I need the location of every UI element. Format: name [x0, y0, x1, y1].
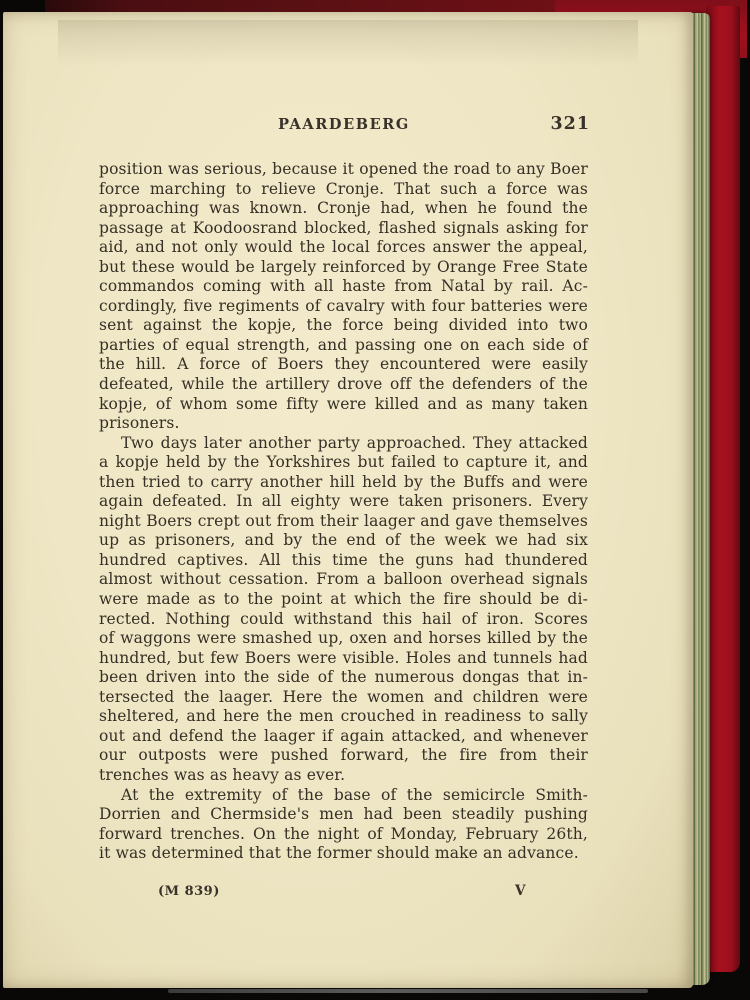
text-line: rected. Nothing could withstand this hai… — [99, 610, 588, 630]
text-line: out and defend the laager if again attac… — [99, 727, 588, 747]
signature-mark: V — [515, 883, 525, 899]
running-header: PAARDEBERG 321 — [98, 116, 590, 138]
text-line: parties of equal strength, and passing o… — [99, 336, 588, 356]
text-line: but these would be largely reinforced by… — [99, 258, 588, 278]
book-page: PAARDEBERG 321 position was serious, bec… — [3, 12, 693, 988]
text-line: hundred captives. All this time the guns… — [99, 551, 588, 571]
text-line: position was serious, because it opened … — [99, 160, 588, 180]
text-line: aid, and not only would the local forces… — [99, 238, 588, 258]
printer-mark: (M 839) — [158, 884, 220, 899]
text-line: up as prisoners, and by the end of the w… — [99, 531, 588, 551]
text-line: sheltered, and here the men crouched in … — [99, 707, 588, 727]
paragraph: Two days later another party approached.… — [99, 434, 588, 786]
page-number: 321 — [550, 114, 590, 134]
text-line: then tried to carry another hill held by… — [99, 473, 588, 493]
text-line: of waggons were smashed up, oxen and hor… — [99, 629, 588, 649]
text-line: defeated, while the artillery drove off … — [99, 375, 588, 395]
scan-background: { "page": { "header": { "title": "PAARDE… — [0, 0, 750, 1000]
page-footer: (M 839) V — [99, 884, 588, 904]
text-line: cordingly, five regiments of cavalry wit… — [99, 297, 588, 317]
page-header-title: PAARDEBERG — [98, 116, 590, 133]
text-line: approaching was known. Cronje had, when … — [99, 199, 588, 219]
text-line: hundred, but few Boers were visible. Hol… — [99, 649, 588, 669]
text-line: trenches was as heavy as ever. — [99, 766, 588, 786]
text-line: been driven into the side of the numerou… — [99, 668, 588, 688]
text-line: our outposts were pushed forward, the fi… — [99, 746, 588, 766]
text-line: Two days later another party approached.… — [99, 434, 588, 454]
text-line: forward trenches. On the night of Monday… — [99, 825, 588, 845]
text-line: again defeated. In all eighty were taken… — [99, 492, 588, 512]
text-line: prisoners. — [99, 414, 588, 434]
text-line: force marching to relieve Cronje. That s… — [99, 180, 588, 200]
text-line: sent against the kopje, the force being … — [99, 316, 588, 336]
text-line: kopje, of whom some fifty were killed an… — [99, 395, 588, 415]
paragraph: At the extremity of the base of the semi… — [99, 786, 588, 864]
text-line: passage at Koodoosrand blocked, flashed … — [99, 219, 588, 239]
text-line: tersected the laager. Here the women and… — [99, 688, 588, 708]
text-line: commandos coming with all haste from Nat… — [99, 277, 588, 297]
text-line: it was determined that the former should… — [99, 844, 588, 864]
scan-shadow — [58, 20, 638, 66]
text-block: position was serious, because it opened … — [99, 160, 588, 864]
text-line: night Boers crept out from their laager … — [99, 512, 588, 532]
book-cover-right-edge — [706, 6, 740, 972]
scanner-bed-line — [168, 989, 648, 993]
text-line: almost without cessation. From a balloon… — [99, 570, 588, 590]
text-line: the hill. A force of Boers they encounte… — [99, 355, 588, 375]
text-line: were made as to the point at which the f… — [99, 590, 588, 610]
text-line: a kopje held by the Yorkshires but faile… — [99, 453, 588, 473]
paragraph: position was serious, because it opened … — [99, 160, 588, 434]
text-line: Dorrien and Chermside's men had been ste… — [99, 805, 588, 825]
text-line: At the extremity of the base of the semi… — [99, 786, 588, 806]
